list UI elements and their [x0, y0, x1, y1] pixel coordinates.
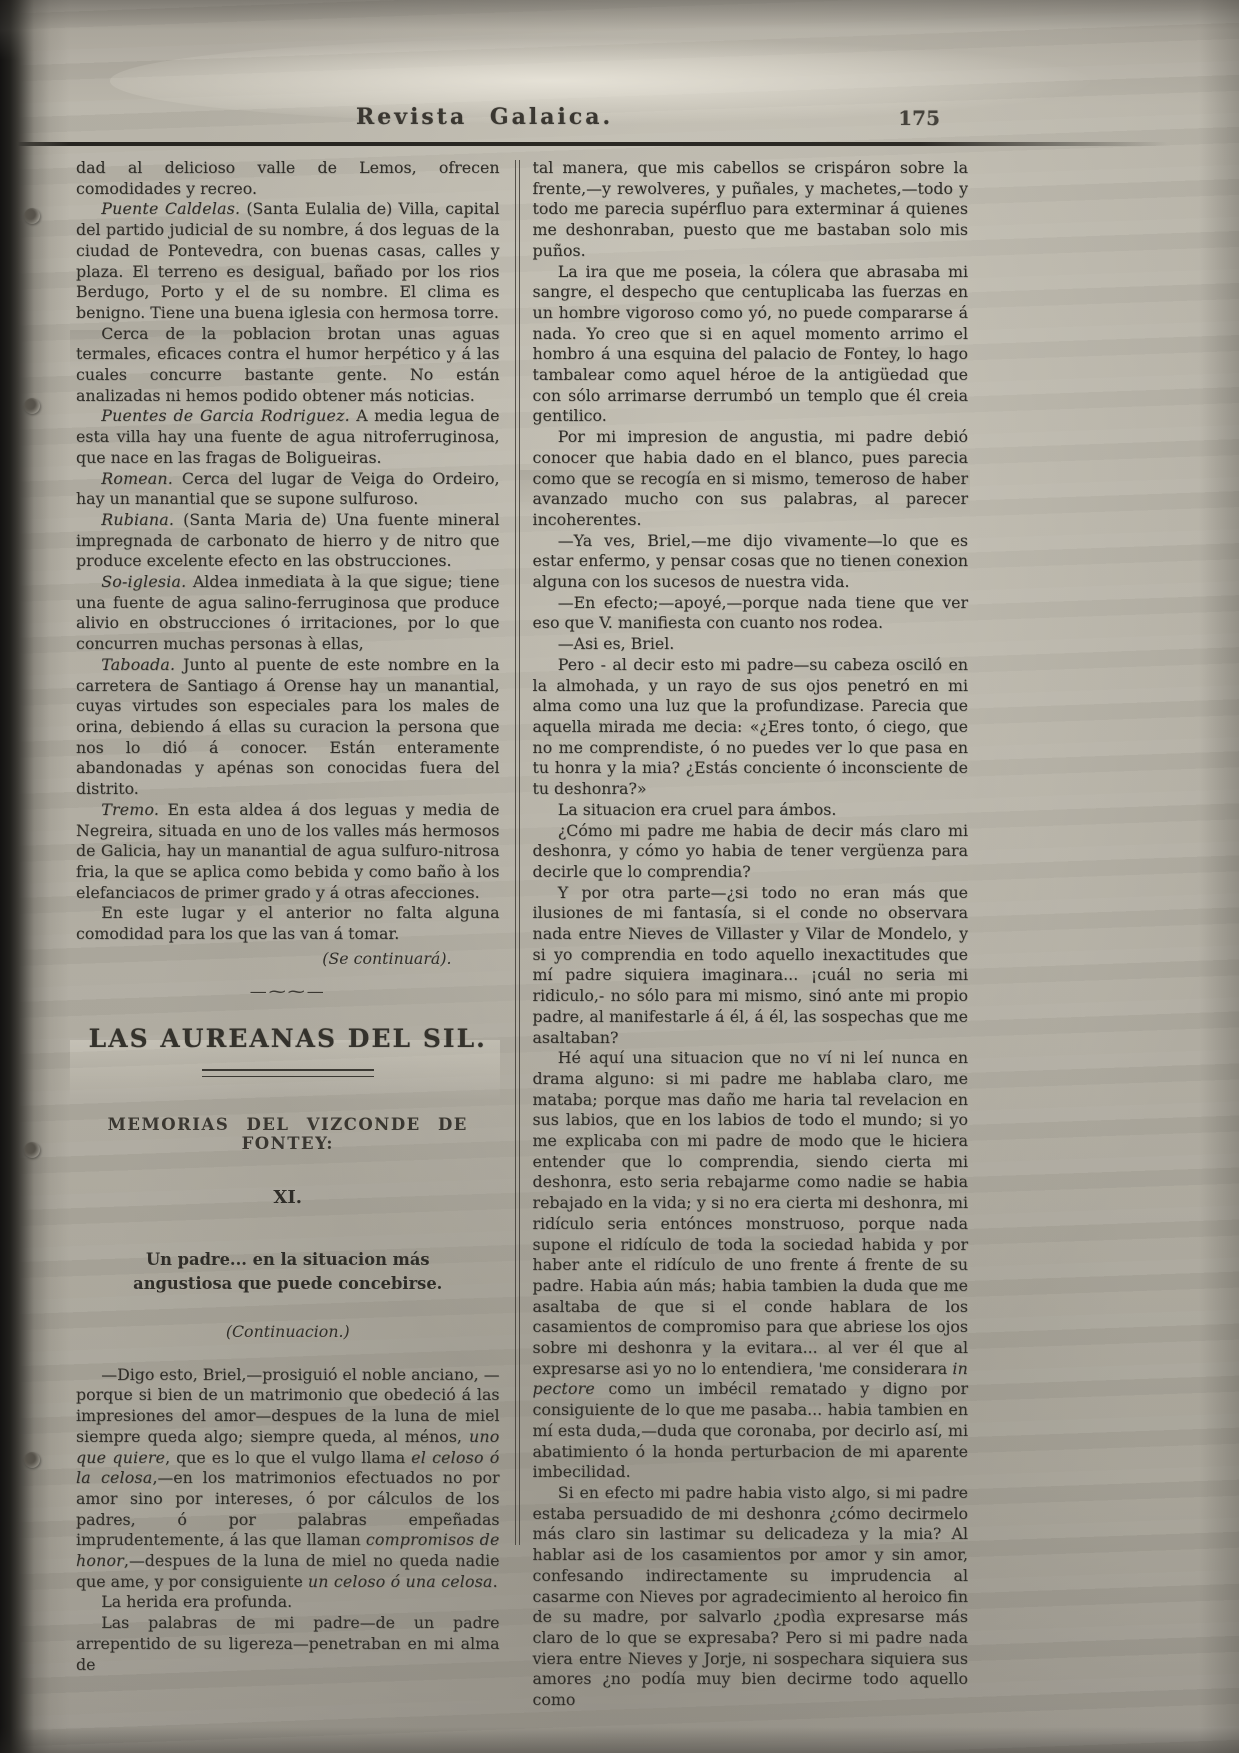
paragraph: tal manera, que mis cabellos se crispáro… — [533, 158, 969, 262]
paragraph: La herida era profunda. — [76, 1592, 500, 1613]
binding-mark — [24, 1142, 40, 1158]
text-columns: dad al delicioso valle de Lemos, ofrecen… — [76, 158, 968, 1711]
binding-mark — [24, 208, 40, 224]
paragraph: Romean. Cerca del lugar de Veiga do Orde… — [76, 469, 500, 510]
page-number: 175 — [898, 106, 940, 130]
right-column: tal manera, que mis cabellos se crispáro… — [533, 158, 969, 1711]
chapter-subtitle: Un padre... en la situacion más angustio… — [108, 1248, 468, 1296]
paragraph: Las palabras de mi padre—de un padre arr… — [76, 1613, 500, 1675]
scan-edge-bottom — [0, 1727, 1239, 1753]
paragraph: Si en efecto mi padre habia visto algo, … — [533, 1483, 969, 1711]
paragraph: La ira que me poseia, la cólera que abra… — [533, 262, 969, 428]
paragraph: Puentes de Garcia Rodriguez. A media leg… — [76, 406, 500, 468]
continuation-label: (Continuacion.) — [76, 1322, 500, 1341]
scan-edge-right — [1199, 0, 1239, 1753]
paragraph: Tremo. En esta aldea á dos leguas y medi… — [76, 800, 500, 904]
paragraph: —Asi es, Briel. — [533, 634, 969, 655]
story-subtitle: MEMORIAS DEL VIZCONDE DE FONTEY: — [76, 1115, 500, 1153]
paragraph: So-iglesia. Aldea inmediata à la que sig… — [76, 572, 500, 655]
paragraph: Y por otra parte—¿si todo no eran más qu… — [533, 883, 969, 1049]
paragraph: Taboada. Junto al puente de este nombre … — [76, 655, 500, 800]
scan-gutter-shadow — [0, 0, 70, 1753]
paragraph: Por mi impresion de angustia, mi padre d… — [533, 427, 969, 531]
paragraph: Hé aquí una situacion que no ví ni leí n… — [533, 1048, 969, 1483]
paragraph: —En efecto;—apoyé,—porque nada tiene que… — [533, 593, 969, 634]
right-column-text: tal manera, que mis cabellos se crispáro… — [533, 158, 969, 1711]
paragraph: La situacion era cruel para ámbos. — [533, 800, 969, 821]
paragraph: ¿Cómo mi padre me habia de decir más cla… — [533, 821, 969, 883]
scanned-page: Revista Galaica. 175 dad al delicioso va… — [0, 0, 1239, 1753]
story-text: —Digo esto, Briel,—prosiguió el noble an… — [76, 1365, 500, 1676]
paragraph: Pero - al decir esto mi padre—su cabeza … — [533, 655, 969, 800]
title-rule — [202, 1069, 374, 1077]
page-header: Revista Galaica. 175 — [76, 96, 968, 142]
paragraph: —Digo esto, Briel,—prosiguió el noble an… — [76, 1365, 500, 1593]
chapter-number: XI. — [76, 1187, 500, 1208]
scan-edge-top — [0, 0, 1239, 60]
journal-title: Revista Galaica. — [356, 104, 613, 130]
header-rule — [0, 142, 1180, 146]
section-title: LAS AUREANAS DEL SIL. — [76, 1024, 500, 1053]
column-divider — [515, 160, 520, 1545]
left-column: dad al delicioso valle de Lemos, ofrecen… — [76, 158, 500, 1675]
paragraph: —Ya ves, Briel,—me dijo vivamente—lo que… — [533, 531, 969, 593]
paragraph: dad al delicioso valle de Lemos, ofrecen… — [76, 158, 500, 199]
binding-mark — [24, 398, 40, 414]
section-ornament-icon: —⁓⁓— — [76, 982, 500, 1002]
binding-mark — [24, 1452, 40, 1468]
paragraph: En este lugar y el anterior no falta alg… — [76, 903, 500, 944]
left-column-text: dad al delicioso valle de Lemos, ofrecen… — [76, 158, 500, 945]
paragraph: Cerca de la poblacion brotan unas aguas … — [76, 324, 500, 407]
page-content: Revista Galaica. 175 dad al delicioso va… — [76, 96, 968, 1711]
paragraph: Puente Caldelas. (Santa Eulalia de) Vill… — [76, 199, 500, 323]
continuation-note: (Se continuará). — [76, 949, 500, 968]
paragraph: Rubiana. (Santa Maria de) Una fuente min… — [76, 510, 500, 572]
